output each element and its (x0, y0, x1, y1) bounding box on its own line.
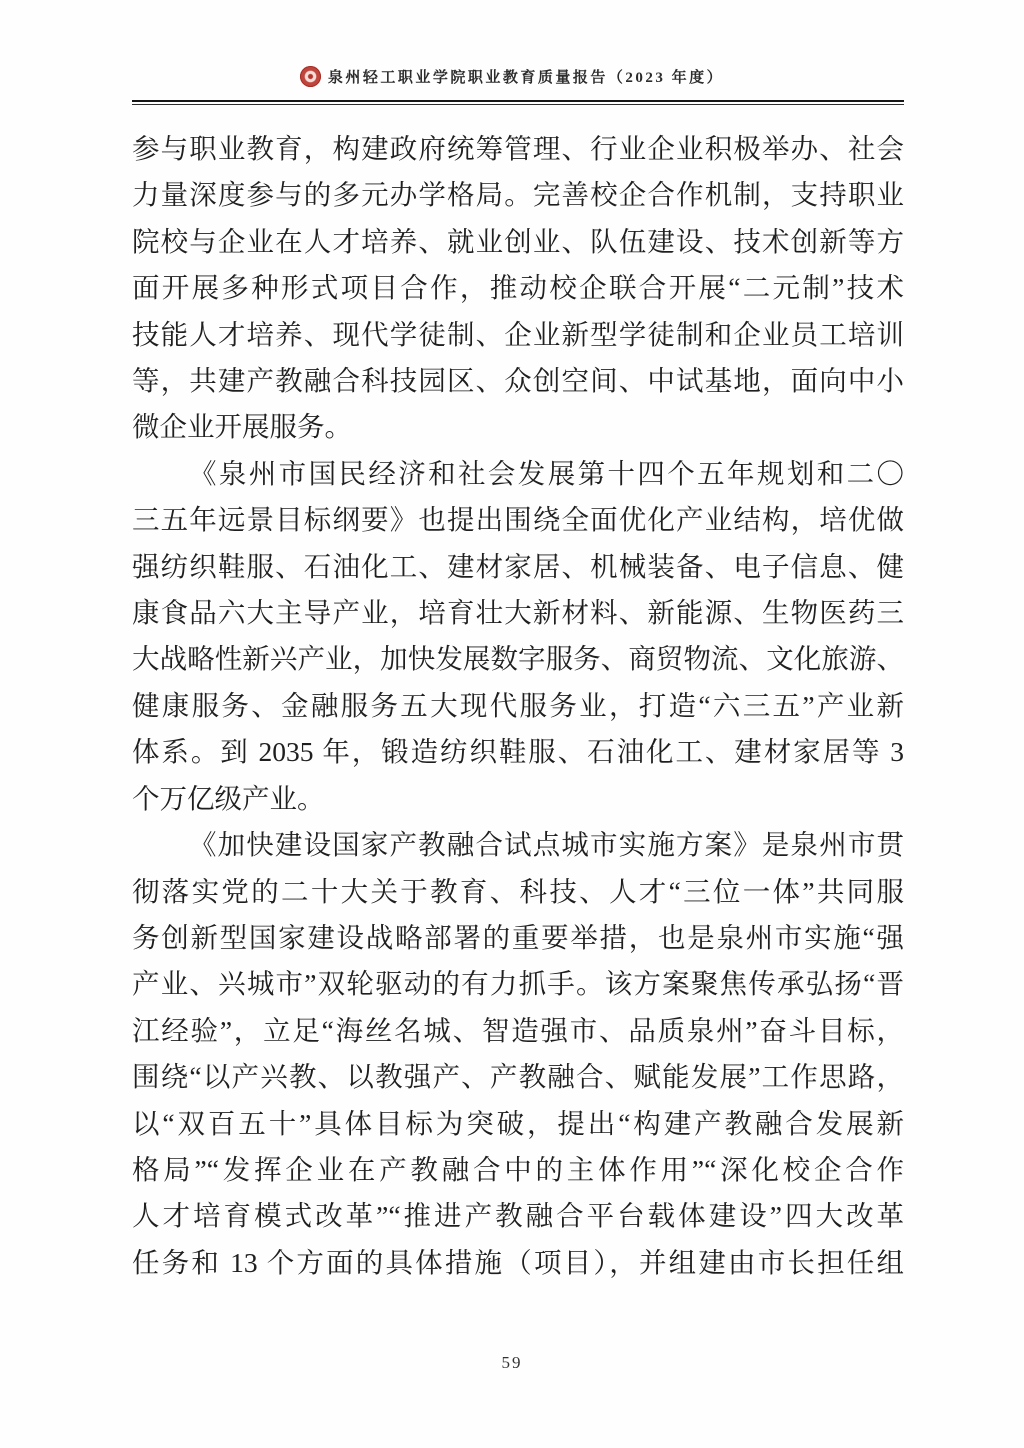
text-line: 参与职业教育，构建政府统筹管理、行业企业积极举办、社会 (132, 126, 904, 172)
paragraph: 《泉州市国民经济和社会发展第十四个五年规划和二〇三五年远景目标纲要》也提出围绕全… (132, 451, 904, 822)
text-line: 康食品六大主导产业，培育壮大新材料、新能源、生物医药三 (132, 590, 904, 636)
text-line: 面开展多种形式项目合作，推动校企联合开展“二元制”技术 (132, 265, 904, 311)
header-rule-divider (132, 100, 904, 105)
text-line: 《泉州市国民经济和社会发展第十四个五年规划和二〇 (132, 451, 904, 497)
text-line: 围绕“以产兴教、以教强产、产教融合、赋能发展”工作思路， (132, 1054, 904, 1100)
document-page: 泉州轻工职业学院职业教育质量报告（2023 年度） 参与职业教育，构建政府统筹管… (0, 0, 1024, 1448)
text-line: 任务和 13 个方面的具体措施（项目），并组建由市长担任组 (132, 1240, 904, 1286)
text-line: 以“双百五十”具体目标为突破，提出“构建产教融合发展新 (132, 1101, 904, 1147)
text-line: 健康服务、金融服务五大现代服务业，打造“六三五”产业新 (132, 683, 904, 729)
document-body: 参与职业教育，构建政府统筹管理、行业企业积极举办、社会力量深度参与的多元办学格局… (132, 126, 904, 1286)
text-line: 江经验”，立足“海丝名城、智造强市、品质泉州”奋斗目标， (132, 1008, 904, 1054)
paragraph: 参与职业教育，构建政府统筹管理、行业企业积极举办、社会力量深度参与的多元办学格局… (132, 126, 904, 451)
text-line: 院校与企业在人才培养、就业创业、队伍建设、技术创新等方 (132, 219, 904, 265)
text-line: 强纺织鞋服、石油化工、建材家居、机械装备、电子信息、健 (132, 544, 904, 590)
text-line: 个万亿级产业。 (132, 776, 904, 822)
paragraph: 《加快建设国家产教融合试点城市实施方案》是泉州市贯彻落实党的二十大关于教育、科技… (132, 822, 904, 1286)
text-line: 三五年远景目标纲要》也提出围绕全面优化产业结构，培优做 (132, 497, 904, 543)
text-line: 技能人才培养、现代学徒制、企业新型学徒制和企业员工培训 (132, 312, 904, 358)
text-line: 等，共建产教融合科技园区、众创空间、中试基地，面向中小 (132, 358, 904, 404)
header-title: 泉州轻工职业学院职业教育质量报告（2023 年度） (328, 66, 724, 87)
text-line: 微企业开展服务。 (132, 404, 904, 450)
text-line: 产业、兴城市”双轮驱动的有力抓手。该方案聚焦传承弘扬“晋 (132, 961, 904, 1007)
page-number: 59 (0, 1353, 1024, 1373)
text-line: 力量深度参与的多元办学格局。完善校企合作机制，支持职业 (132, 172, 904, 218)
seal-icon (300, 66, 321, 87)
report-header: 泉州轻工职业学院职业教育质量报告（2023 年度） (0, 66, 1024, 87)
text-line: 格局”“发挥企业在产教融合中的主体作用”“深化校企合作 (132, 1147, 904, 1193)
text-line: 务创新型国家建设战略部署的重要举措，也是泉州市实施“强 (132, 915, 904, 961)
text-line: 彻落实党的二十大关于教育、科技、人才“三位一体”共同服 (132, 869, 904, 915)
text-line: 体系。到 2035 年，锻造纺织鞋服、石油化工、建材家居等 3 (132, 729, 904, 775)
text-line: 《加快建设国家产教融合试点城市实施方案》是泉州市贯 (132, 822, 904, 868)
text-line: 大战略性新兴产业，加快发展数字服务、商贸物流、文化旅游、 (132, 636, 904, 682)
text-line: 人才培育模式改革”“推进产教融合平台载体建设”四大改革 (132, 1193, 904, 1239)
